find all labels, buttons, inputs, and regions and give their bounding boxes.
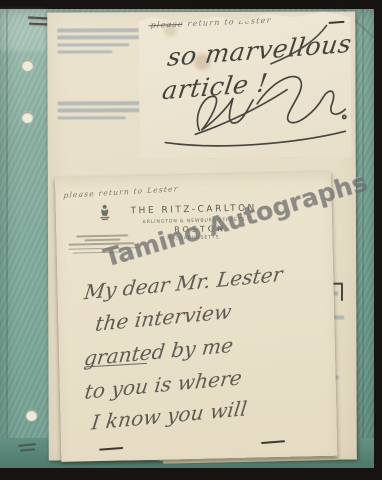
punch-hole-bottom (26, 410, 37, 421)
letter-pencil-note: please return to Lester (63, 184, 179, 200)
autograph-note-card: please return to Lester so marvellous ar… (138, 11, 351, 158)
ritz-crest-icon (98, 204, 112, 221)
pencil-bracket-vertical (341, 283, 343, 301)
punch-hole-top (22, 60, 33, 71)
binder-crease-left (6, 9, 8, 468)
letter-body-line-5: I know you will (90, 396, 248, 434)
binder-crease-right (362, 9, 364, 468)
letter-bottom-dash-left (99, 447, 123, 451)
signature-flourish (138, 11, 351, 158)
punch-hole-middle (22, 112, 33, 123)
letter-body-line-2: the interview (94, 299, 233, 335)
letter-bottom-dash-right (261, 440, 285, 444)
autograph-album-photo: please return to Lester so marvellous ar… (0, 0, 382, 480)
